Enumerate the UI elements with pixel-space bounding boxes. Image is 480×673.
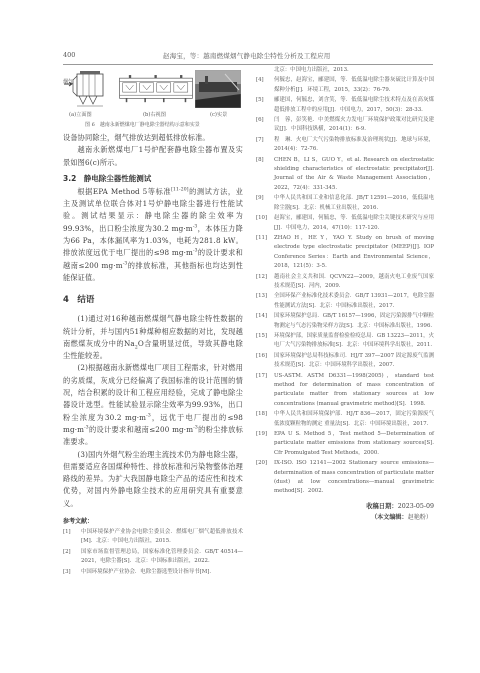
ref-text: CHEN B，LI S，GUO Y，et al. Research on ele… [274, 157, 434, 191]
paragraph: 越南永新燃煤电厂1号炉配套静电除尘器布置及实景如图6(c)所示。 [63, 144, 243, 169]
reference-item: [19]EPA U S. Method 5，Test method 5—Dete… [256, 430, 434, 458]
section-heading-4: 4 结语 [63, 293, 243, 305]
conclusion-1: (1)通过对16种越南燃煤烟气静电除尘特性数据的统计分析，并与国内51种煤种相应… [63, 313, 243, 362]
reference-item: [6]闫 蓉，彭笑艳．中美燃煤火力发电厂环境保护政策对比研究及建议[J]．中国科… [256, 116, 434, 135]
ref-text: 全国环保产业标准化技术委员会．GB/T 13931—2017，电除尘器性能测试方… [274, 293, 434, 308]
ref-number: [2] [63, 548, 71, 557]
ref-text: 中国环境保护产业协会电除尘委员会．燃煤电厂烟气超低排放技术[M]．北京：中国电力… [81, 529, 243, 544]
ref-text: EPA U S. Method 5，Test method 5—Determin… [274, 431, 434, 456]
reference-item: [4]何毓忠，赵海宝，郦建国，等．低低温电除尘器灰硫比计算及中国煤种分析[J]．… [256, 76, 434, 95]
ref-number: [11] [256, 234, 267, 243]
ref-number: [13] [256, 292, 267, 301]
conclusion-3: (3)国内外烟气粉尘治理主流技术仍为静电除尘器，但需要适应各国煤种特性、排放标准… [63, 449, 243, 510]
reference-item: [3]中国环境保护产业协会．电除尘器选型设计指导书[M]． [63, 568, 243, 577]
received-label: 收稿日期： [366, 503, 397, 510]
reference-item: [16]国家环境保护总局科技标准司．HJ/T 397—2007 固定源废气监测技… [256, 352, 434, 371]
ref-number: [12] [256, 273, 267, 282]
received-date: 收稿日期：2023-05-09 [256, 501, 434, 510]
reference-item: [14]国家环境保护总局．GB/T 16157—1996，固定污染源排气中颗粒物… [256, 312, 434, 331]
ref-number: [7] [256, 136, 264, 145]
side-view-drawing [118, 70, 194, 108]
reference-item: [8]CHEN B，LI S，GUO Y，et al. Research on … [256, 156, 434, 194]
elevation-drawing [63, 70, 105, 108]
ref-text: IX-ISO. ISO 12141—2002 Stationary source… [274, 460, 434, 494]
ref-text: 郦建国，何毓忠，刘含笑，等．低低温电除尘技术特点及在高灰煤超低排放工程中的应用[… [274, 97, 434, 112]
paragraph: 设备协同除尘，烟气排放达到超低排放标准。 [63, 132, 243, 144]
reference-item: [2]国家市场监督管理总局，国家标准化管理委员会．GB/T 40514—2021… [63, 548, 243, 567]
ref-text: 何毓忠，赵海宝，郦建国，等．低低温电除尘器灰硫比计算及中国煤种分析[J]．环境工… [274, 77, 434, 92]
reference-item: [15]环境保护部，国家质量监督检验检疫总局．GB 13223—2011，火电厂… [256, 332, 434, 351]
text: 的设计要求和越南≤200 mg·m [89, 425, 193, 434]
ref-number: [10] [256, 214, 267, 223]
reference-item: [17]US-ASTM. ASTM D6331—1998(2005)，stand… [256, 372, 434, 410]
ref-text: 中华人民共和国环境保护部．HJ/T 836—2017，固定污染源废气 低浓度颗粒… [274, 411, 434, 426]
ref-text: 国家市场监督管理总局，国家标准化管理委员会．GB/T 40514—2021，电除… [81, 549, 243, 564]
text: 根据EPA Method 5等标准 [77, 187, 171, 196]
left-column: 烟气 [63, 70, 243, 578]
ref-number: [19] [256, 430, 267, 439]
citation: [11-20] [171, 188, 189, 193]
ref-text: 程 琳．火电厂大气污染物排放标准及治理现状[J]．地球与环境，2014(4)：7… [274, 137, 434, 152]
subcaption-elevation: (a)立面图 [69, 111, 92, 118]
section-heading-3-2: 3.2 静电除尘器性能测试 [63, 173, 243, 184]
ref-text: US-ASTM. ASTM D6331—1998(2005)，standard … [274, 373, 434, 407]
conclusion-2: (2)根据越南永新燃煤电厂项目工程需求，针对燃用的劣质煤，灰成分已经偏离了我国标… [63, 362, 243, 448]
ref-text: 国家环境保护总局．GB/T 16157—1996，固定污染源排气中颗粒物测定与气… [274, 313, 434, 328]
reference-item: [7]程 琳．火电厂大气污染物排放标准及治理现状[J]．地球与环境，2014(4… [256, 136, 434, 155]
ref-number: [8] [256, 156, 264, 165]
reference-item: [1]中国环境保护产业协会电除尘委员会．燃煤电厂烟气超低排放技术[M]．北京：中… [63, 528, 243, 547]
ref-text: 环境保护部，国家质量监督检验检疫总局．GB 13223—2011，火电厂大气污染… [274, 333, 434, 348]
subcaption-side-view: (b)右视图 [143, 111, 166, 118]
subcaption-photo: (c)实景 [210, 111, 227, 118]
ref-number: [14] [256, 312, 267, 321]
site-photo [195, 70, 241, 108]
ref-number: [20] [256, 459, 267, 468]
ref-number: [1] [63, 528, 71, 537]
ref-text: 国家环境保护总局科技标准司．HJ/T 397—2007 固定源废气监测技术规范[… [274, 353, 434, 368]
reference-item: [13]全国环保产业标准化技术委员会．GB/T 13931—2017，电除尘器性… [256, 292, 434, 311]
ref-text: 北京：中国电力出版社，2013. [274, 67, 349, 73]
reference-item: [10]赵海宝，郦建国，何毓忠，等．低低温电除尘关键技术研究与应用[J]．中国电… [256, 214, 434, 233]
editor-note: （本文编辑：赵艳粉） [256, 512, 434, 521]
figure-6: 烟气 [63, 70, 243, 132]
ref-number: [16] [256, 352, 267, 361]
ref-number: [17] [256, 372, 267, 381]
right-column: 北京：中国电力出版社，2013. [4]何毓忠，赵海宝，郦建国，等．低低温电除尘… [256, 66, 434, 521]
reference-item: [11]ZHAO H，HE Y，YAO Y. Study on brush of… [256, 234, 434, 272]
ref-text: 中华人民共和国工业和信息化部．JB/T 12591—2016，低低温电除尘器[S… [274, 195, 434, 210]
ref-number: [15] [256, 332, 267, 341]
reference-continuation: 北京：中国电力出版社，2013. [256, 66, 434, 75]
ref-text: 赵海宝，郦建国，何毓忠，等．低低温电除尘关键技术研究与应用[J]．中国电力，20… [274, 215, 434, 230]
editor-label: （本文编辑： [371, 514, 408, 521]
ref-number: [6] [256, 116, 264, 125]
received-value: 2023-05-09 [398, 503, 434, 510]
running-header: 400 赵海宝，等：越南燃煤烟气静电除尘特性分析及工程应用 [63, 51, 433, 63]
ref-number: [5] [256, 96, 264, 105]
ref-text: 中国环境保护产业协会．电除尘器选型设计指导书[M]． [81, 569, 215, 575]
ref-number: [4] [256, 76, 264, 85]
reference-item: [18]中华人民共和国环境保护部．HJ/T 836—2017，固定污染源废气 低… [256, 410, 434, 429]
ref-text: 越南社会主义共和国．QCVN22—2009，越南火电工业废气国家技术规范[S]．… [274, 274, 434, 289]
reference-item: [12]越南社会主义共和国．QCVN22—2009，越南火电工业废气国家技术规范… [256, 273, 434, 292]
header-rule [63, 64, 433, 65]
ref-text: 闫 蓉，彭笑艳．中美燃煤火力发电厂环境保护政策对比研究及建议[J]．中国科技纵横… [274, 117, 434, 132]
running-title: 赵海宝，等：越南燃煤烟气静电除尘特性分析及工程应用 [163, 51, 331, 60]
ref-text: ZHAO H，HE Y，YAO Y. Study on brush of mov… [274, 235, 434, 269]
figure-caption: 图 6 越南永新燃煤电厂静电除尘器结构示意和实景 [85, 121, 200, 128]
reference-item: [9]中华人民共和国工业和信息化部．JB/T 12591—2016，低低温电除尘… [256, 194, 434, 213]
references-heading: 参考文献： [63, 516, 243, 525]
reference-item: [20]IX-ISO. ISO 12141—2002 Stationary so… [256, 459, 434, 497]
editor-name: 赵艳粉） [408, 514, 432, 521]
ref-number: [18] [256, 410, 267, 419]
ref-number: [9] [256, 194, 264, 203]
reference-item: [5]郦建国，何毓忠，刘含笑，等．低低温电除尘技术特点及在高灰煤超低排放工程中的… [256, 96, 434, 115]
page-number: 400 [63, 51, 75, 59]
journal-page: 400 赵海宝，等：越南燃煤烟气静电除尘特性分析及工程应用 烟气 [0, 0, 480, 673]
paragraph-test-results: 根据EPA Method 5等标准[11-20]的测试方法，业主及测试单位联合体… [63, 186, 243, 284]
ref-number: [3] [63, 568, 71, 577]
